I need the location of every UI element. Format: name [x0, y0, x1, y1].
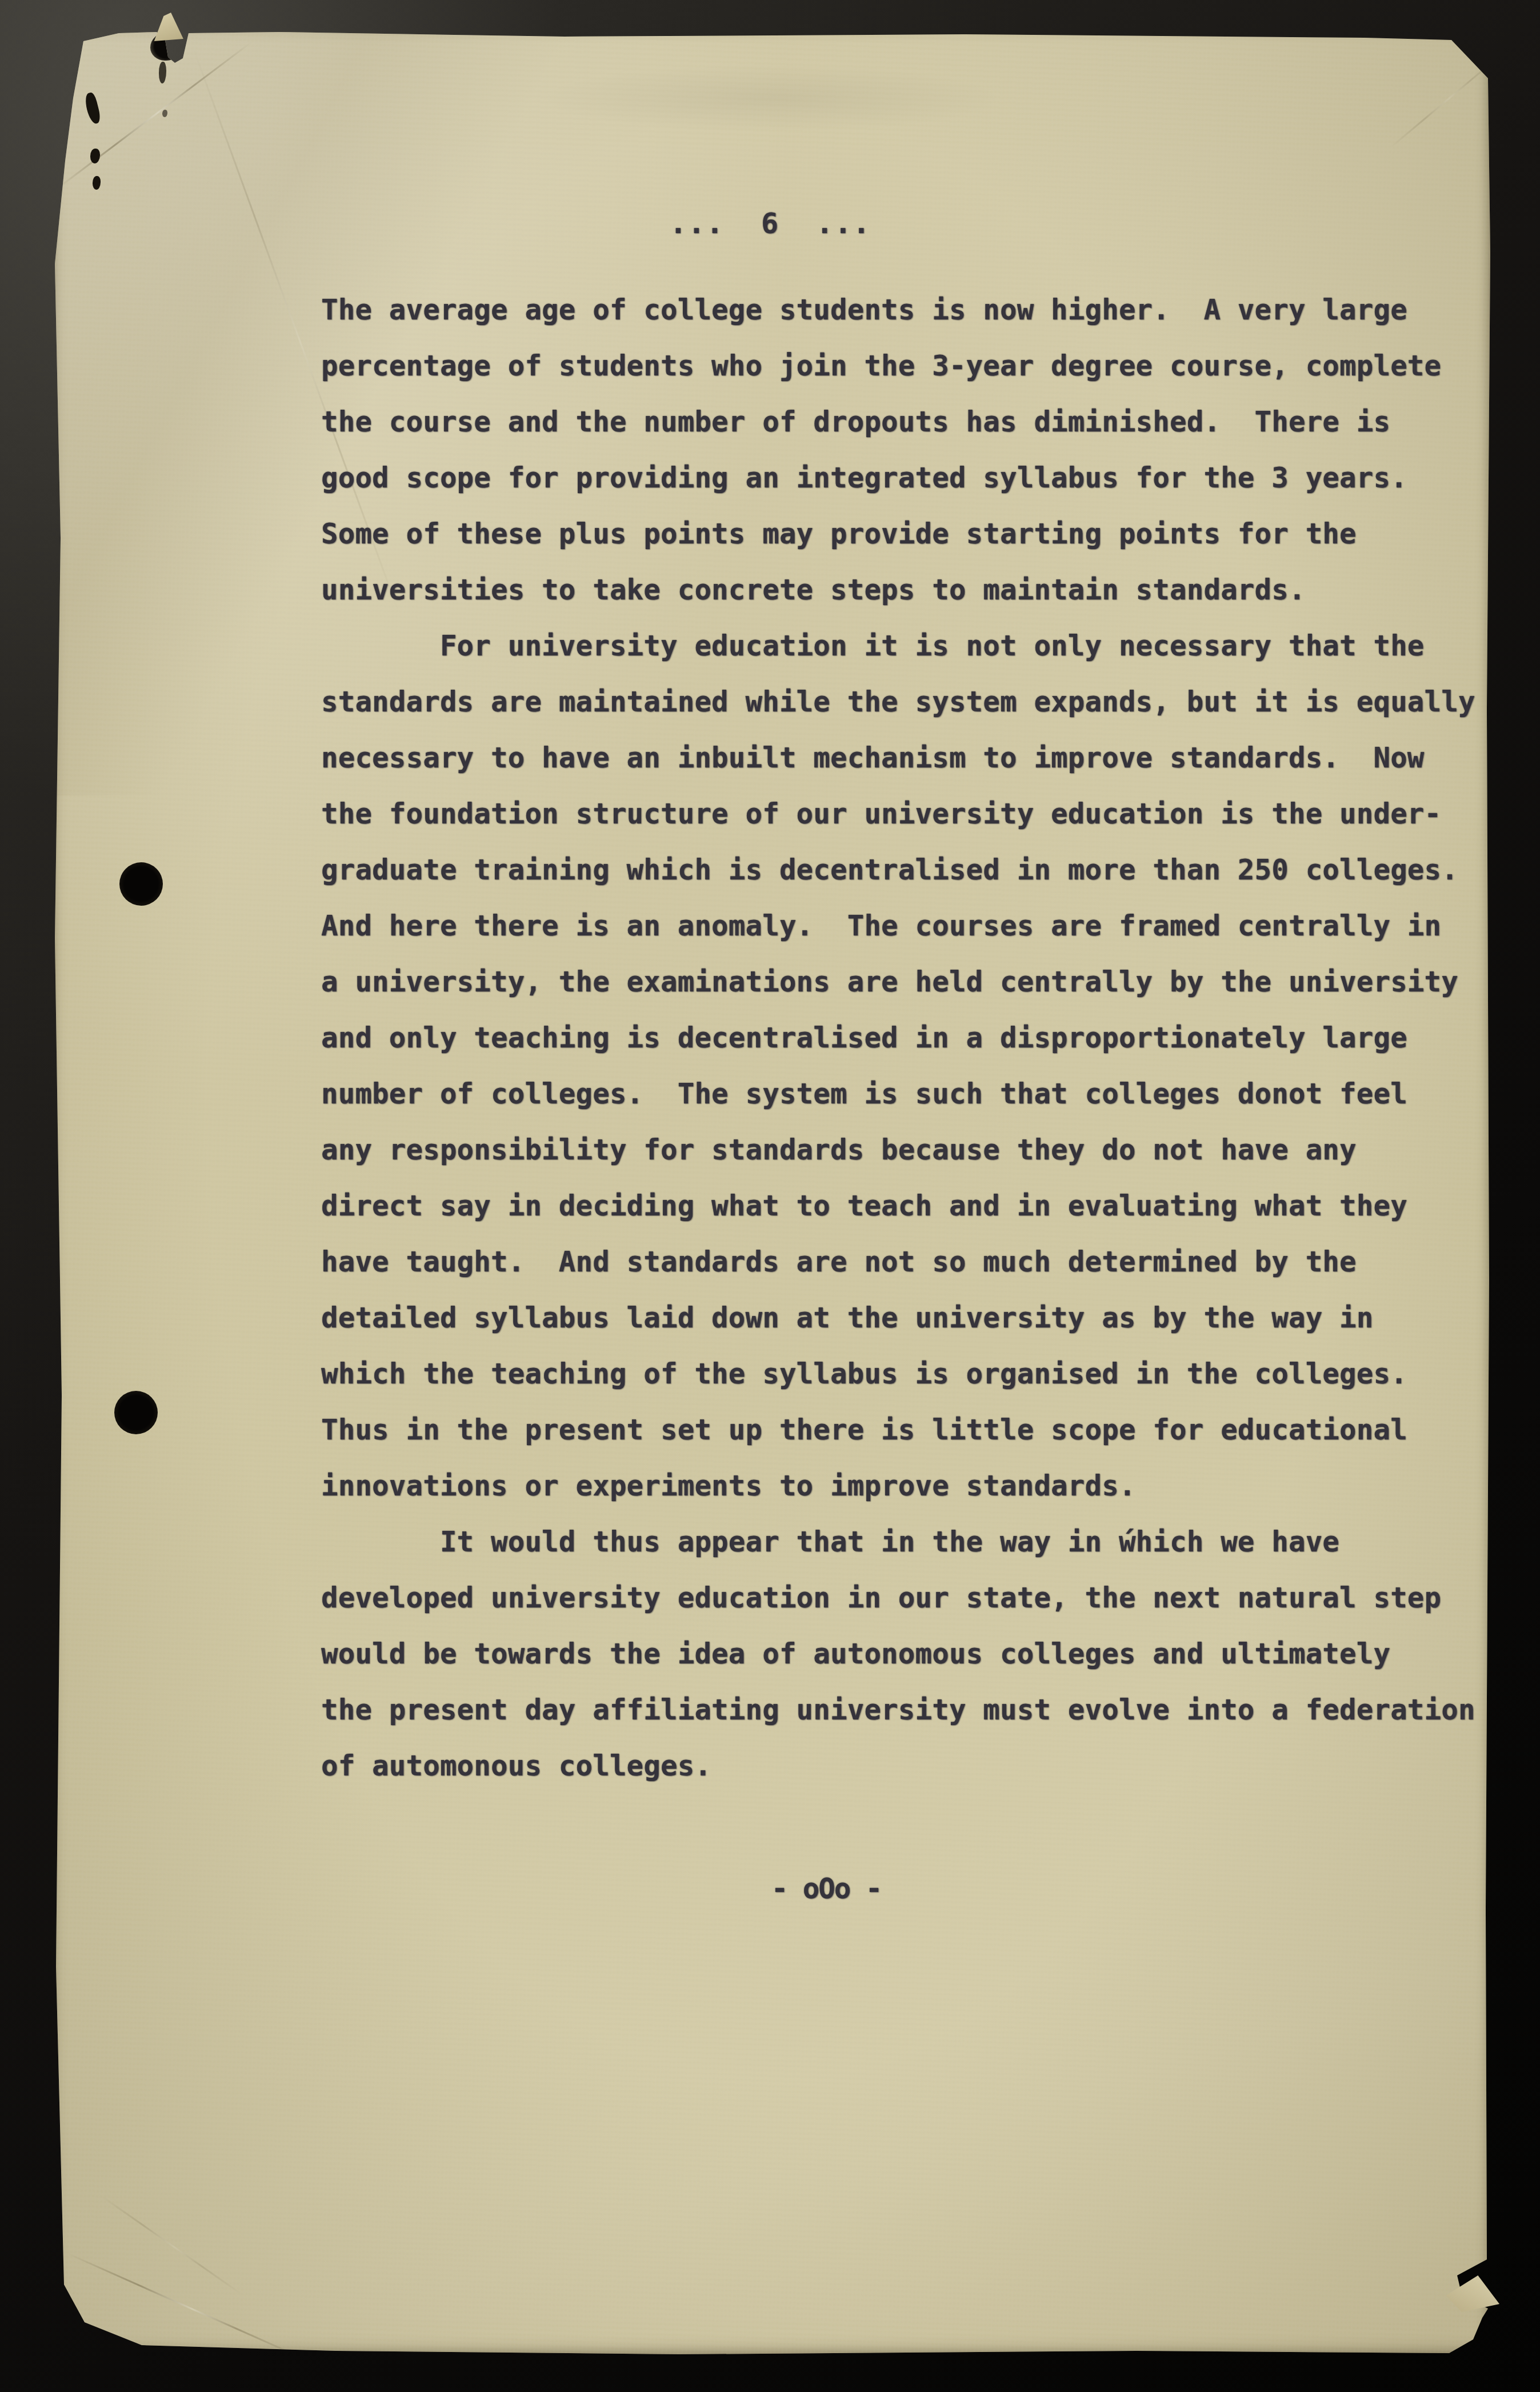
text-line: universities to take concrete steps to m…: [321, 562, 1490, 618]
staple-mark: [93, 176, 101, 190]
staple-mark: [90, 149, 100, 163]
text-line: developed university education in our st…: [321, 1570, 1490, 1626]
crease-line: [101, 2195, 242, 2295]
text-line: Thus in the present set up there is litt…: [321, 1402, 1490, 1458]
text-line: It would thus appear that in the way in …: [321, 1514, 1490, 1570]
text-line: detailed syllabus laid down at the unive…: [321, 1290, 1490, 1346]
text-line: of automonous colleges.: [321, 1738, 1490, 1794]
text-line: direct say in deciding what to teach and…: [321, 1178, 1490, 1234]
punch-hole: [119, 862, 163, 906]
ink-drip-mark: [159, 62, 166, 83]
text-line: the foundation structure of our universi…: [321, 786, 1490, 842]
text-line: have taught. And standards are not so mu…: [321, 1234, 1490, 1290]
pin-mark: [162, 110, 167, 117]
text-line: Some of these plus points may provide st…: [321, 506, 1490, 562]
text-line: any responsibility for standards because…: [321, 1122, 1490, 1178]
crease-line: [67, 2253, 307, 2361]
ink-blotch: [150, 32, 182, 61]
text-line: standards are maintained while the syste…: [321, 674, 1490, 730]
text-line: would be towards the idea of autonomous …: [321, 1626, 1490, 1682]
header-left-dots: ...: [670, 207, 725, 240]
ghost-ink-smudge: [537, 64, 1006, 133]
text-line: necessary to have an inbuilt mechanism t…: [321, 730, 1490, 786]
page-number-header: ... 6 ...: [50, 207, 1490, 240]
text-line: number of colleges. The system is such t…: [321, 1066, 1490, 1122]
staple-mark: [83, 91, 102, 125]
text-line: and only teaching is decentralised in a …: [321, 1010, 1490, 1066]
end-of-document-mark: - oOo -: [741, 1873, 912, 1905]
text-line: the course and the number of dropouts ha…: [321, 394, 1490, 450]
text-line: the present day affiliating university m…: [321, 1682, 1490, 1738]
text-line: graduate training which is decentralised…: [321, 842, 1490, 898]
scanned-document-photo: { "header": { "left_dots": "...", "page_…: [0, 0, 1540, 2392]
crease-line: [55, 42, 252, 190]
text-line: which the teaching of the syllabus is or…: [321, 1346, 1490, 1402]
text-line: a university, the examinations are held …: [321, 954, 1490, 1010]
page-number: 6: [761, 207, 779, 240]
header-right-dots: ...: [816, 207, 871, 240]
text-block: The average age of college students is n…: [321, 282, 1490, 1794]
crease-line: [1390, 51, 1505, 148]
text-line: good scope for providing an integrated s…: [321, 450, 1490, 506]
document-page: ... 6 ... The average age of college stu…: [50, 24, 1490, 2355]
text-line: percentage of students who join the 3-ye…: [321, 338, 1490, 394]
text-line: And here there is an anomaly. The course…: [321, 898, 1490, 954]
punch-hole: [114, 1391, 158, 1434]
text-line: The average age of college students is n…: [321, 282, 1490, 338]
text-line: innovations or experiments to improve st…: [321, 1458, 1490, 1514]
text-line: For university education it is not only …: [321, 618, 1490, 674]
